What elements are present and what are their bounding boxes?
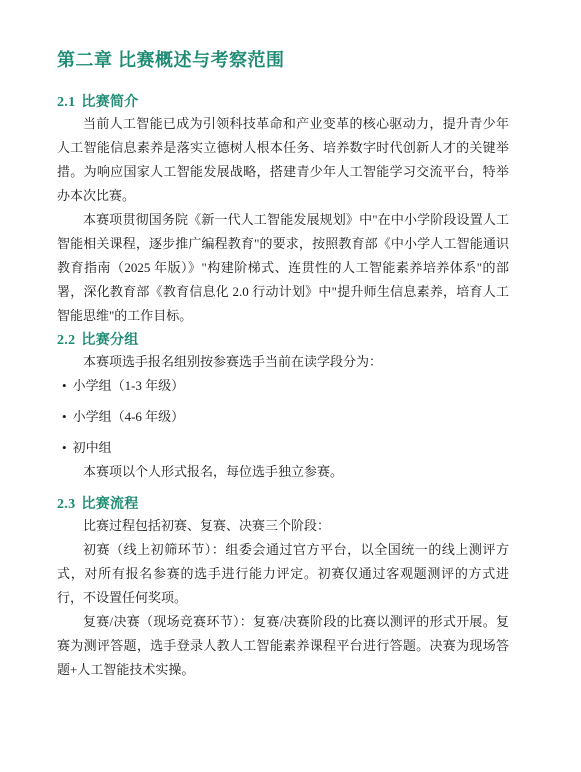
- section-number: 2.3: [57, 497, 75, 512]
- section-title: 比赛流程: [81, 495, 138, 511]
- section-number: 2.2: [57, 333, 75, 348]
- section-title: 比赛分组: [81, 331, 138, 347]
- bullet-icon: •: [62, 374, 67, 398]
- paragraph-semifinal-final: 复赛/决赛（现场竞赛环节）：复赛/决赛阶段的比赛以测评的形式开展。复赛为测评答题…: [57, 610, 509, 682]
- group-list: • 小学组（1-3 年级） • 小学组（4-6 年级） • 初中组: [57, 374, 509, 460]
- bullet-icon: •: [62, 436, 67, 460]
- list-item-label: 小学组（1-3 年级）: [73, 374, 185, 398]
- paragraph-groups-intro: 本赛项选手报名组别按参赛选手当前在读学段分为：: [57, 350, 509, 374]
- section-heading-2-1: 2.1比赛简介: [57, 92, 509, 112]
- page-content: 第二章 比赛概述与考察范围 2.1比赛简介 当前人工智能已成为引领科技革命和产业…: [0, 0, 581, 682]
- list-item-junior-high: • 初中组: [57, 436, 509, 460]
- list-item-primary-1-3: • 小学组（1-3 年级）: [57, 374, 509, 398]
- section-title: 比赛简介: [81, 93, 138, 109]
- document-page: 第二章 比赛概述与考察范围 2.1比赛简介 当前人工智能已成为引领科技革命和产业…: [0, 0, 581, 772]
- paragraph-individual-entry: 本赛项以个人形式报名，每位选手独立参赛。: [57, 460, 509, 484]
- section-heading-2-2: 2.2比赛分组: [57, 330, 509, 350]
- chapter-title: 第二章 比赛概述与考察范围: [57, 48, 509, 72]
- paragraph-preliminary-round: 初赛（线上初筛环节）：组委会通过官方平台，以全国统一的线上测评方式，对所有报名参…: [57, 538, 509, 610]
- list-item-label: 初中组: [73, 436, 112, 460]
- section-number: 2.1: [57, 95, 75, 110]
- paragraph-process-intro: 比赛过程包括初赛、复赛、决赛三个阶段：: [57, 514, 509, 538]
- paragraph-policy-basis: 本赛项贯彻国务院《新一代人工智能发展规划》中"在中小学阶段设置人工智能相关课程，…: [57, 208, 509, 328]
- paragraph-intro-competition: 当前人工智能已成为引领科技革命和产业变革的核心驱动力，提升青少年人工智能信息素养…: [57, 112, 509, 208]
- list-item-label: 小学组（4-6 年级）: [73, 405, 185, 429]
- list-item-primary-4-6: • 小学组（4-6 年级）: [57, 405, 509, 429]
- bullet-icon: •: [62, 405, 67, 429]
- section-heading-2-3: 2.3比赛流程: [57, 494, 509, 514]
